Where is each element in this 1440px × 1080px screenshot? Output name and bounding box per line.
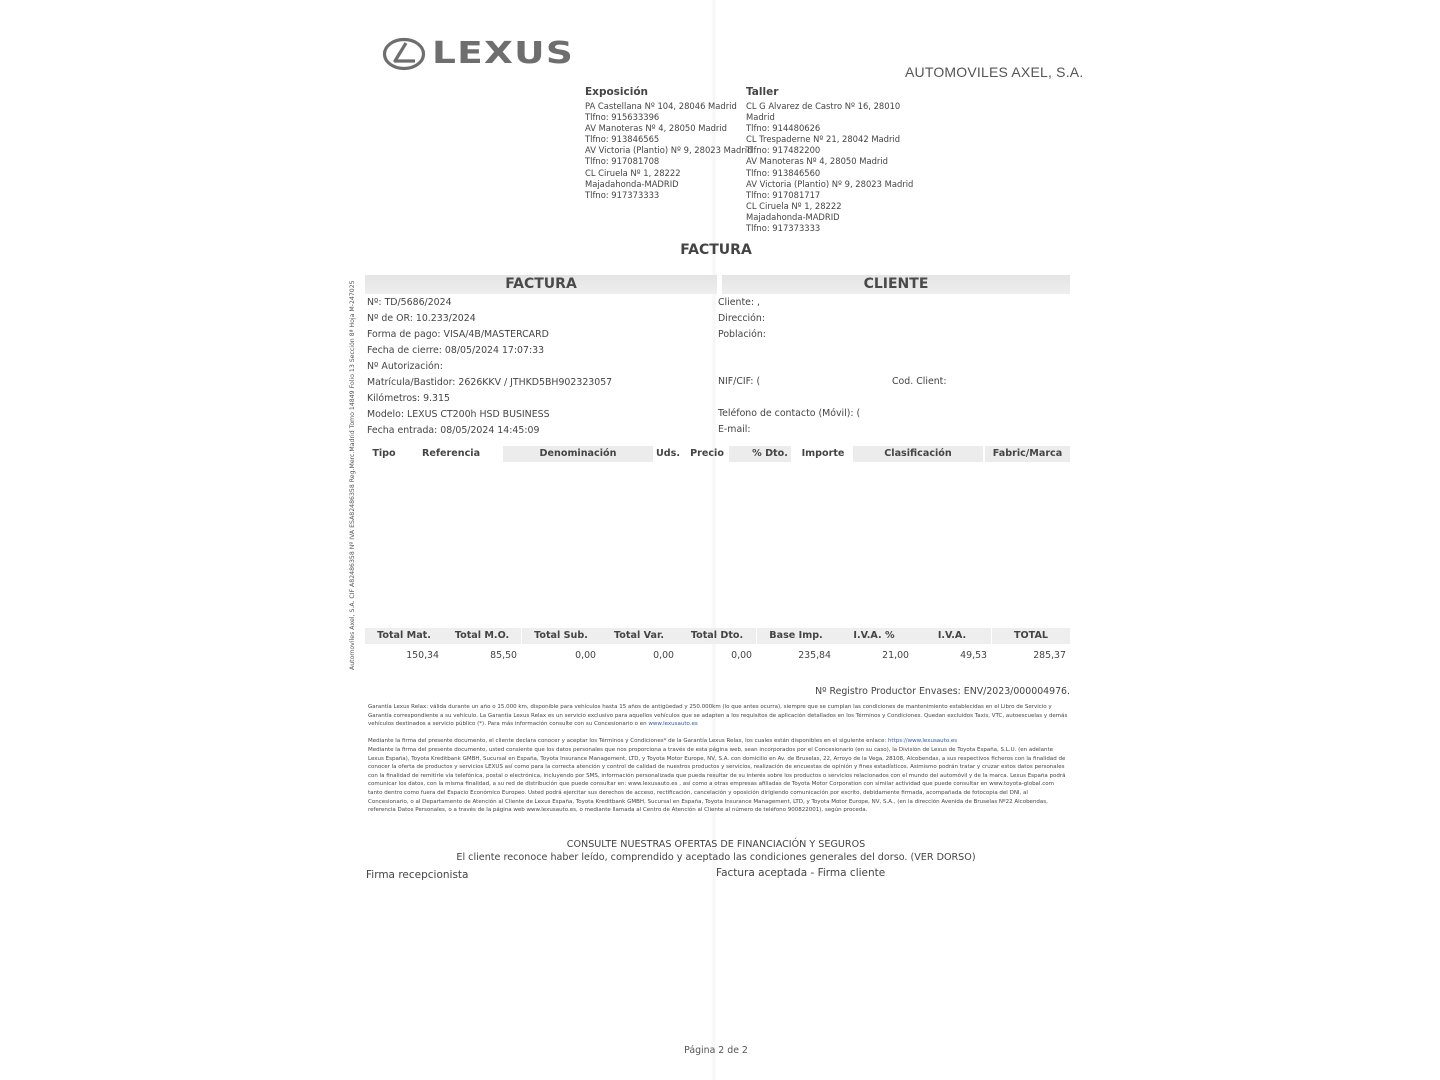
exposicion-title: Exposición <box>585 86 752 99</box>
total-value: 0,00 <box>522 650 600 661</box>
address-line: CL Trespaderne Nº 21, 28042 Madrid <box>746 134 913 145</box>
col-importe: Importe <box>795 446 851 462</box>
invoice-number: Nº: TD/5686/2024 <box>367 297 452 308</box>
address-line: Tlfno: 915633396 <box>585 112 752 123</box>
terms-link[interactable]: https://www.lexusauto.es <box>888 738 957 744</box>
address-line: Majadahonda-MADRID <box>585 179 752 190</box>
client-city: Población: <box>718 329 766 340</box>
privacy-notice: Mediante la firma del presente documento… <box>368 746 1070 815</box>
total-value: 0,00 <box>600 650 678 661</box>
address-line: CL Ciruela Nº 1, 28222 <box>585 168 752 179</box>
col-clasificacion: Clasificación <box>853 446 983 462</box>
total-label: I.V.A. <box>913 628 991 644</box>
col-precio-shade <box>729 446 749 462</box>
address-line: Tlfno: 913846565 <box>585 134 752 145</box>
address-line: AV Manoteras Nº 4, 28050 Madrid <box>746 156 913 167</box>
iva-amount: I.V.A. 49,53 <box>913 628 991 661</box>
client-name: Cliente: , <box>718 297 760 308</box>
payment-method: Forma de pago: VISA/4B/MASTERCARD <box>367 329 549 340</box>
address-line: Tlfno: 917373333 <box>746 223 913 234</box>
total-value: 49,53 <box>913 650 991 661</box>
address-line: Tlfno: 917081717 <box>746 190 913 201</box>
client-code: Cod. Client: <box>892 376 947 387</box>
total-label: Total Dto. <box>678 628 756 644</box>
lexus-logo: LEXUS <box>382 36 546 71</box>
exposicion-addresses: Exposición PA Castellana Nº 104, 28046 M… <box>585 86 752 201</box>
client-signature-label: Factura aceptada - Firma cliente <box>716 867 885 879</box>
address-line: Tlfno: 917373333 <box>585 190 752 201</box>
col-precio: Precio <box>685 446 729 462</box>
client-nif: NIF/CIF: ( <box>718 376 760 387</box>
acceptance-statement: El cliente reconoce haber leído, compren… <box>0 852 1432 863</box>
entry-date: Fecha entrada: 08/05/2024 14:45:09 <box>367 425 539 436</box>
total-value: 235,84 <box>757 650 835 661</box>
address-line: AV Victoria (Plantio) Nº 9, 28023 Madrid <box>746 179 913 190</box>
col-denominacion: Denominación <box>503 446 653 462</box>
lexusauto-link[interactable]: www.lexusauto.es <box>648 721 697 727</box>
taller-addresses: Taller CL G Alvarez de Castro Nº 16, 280… <box>746 86 913 234</box>
address-line: PA Castellana Nº 104, 28046 Madrid <box>585 101 752 112</box>
terms-notice: Mediante la firma del presente documento… <box>368 737 1070 746</box>
factura-section-header: FACTURA <box>365 275 717 294</box>
col-dto: % Dto. <box>749 446 791 462</box>
cliente-section-header: CLIENTE <box>722 275 1070 294</box>
total-sub: Total Sub. 0,00 <box>522 628 600 661</box>
lexus-emblem-icon <box>382 37 426 71</box>
col-fabric-marca: Fabric/Marca <box>985 446 1070 462</box>
iva-percent: I.V.A. % 21,00 <box>835 628 913 661</box>
packaging-registry: Nº Registro Productor Envases: ENV/2023/… <box>815 686 1070 697</box>
address-line: Majadahonda-MADRID <box>746 212 913 223</box>
col-uds: Uds. <box>653 446 683 462</box>
total-value: 0,00 <box>678 650 756 661</box>
total-value: 85,50 <box>443 650 521 661</box>
total-dto: Total Dto. 0,00 <box>678 628 756 661</box>
closing-date: Fecha de cierre: 08/05/2024 17:07:33 <box>367 345 544 356</box>
vehicle-model: Modelo: LEXUS CT200h HSD BUSINESS <box>367 409 550 420</box>
total-label: Total M.O. <box>443 628 521 644</box>
address-line: Madrid <box>746 112 913 123</box>
address-line: AV Victoria (Plantio) Nº 9, 28023 Madrid <box>585 145 752 156</box>
grand-total: TOTAL 285,37 <box>992 628 1070 661</box>
client-phone: Teléfono de contacto (Móvil): ( <box>718 408 860 419</box>
address-line: Tlfno: 917482200 <box>746 145 913 156</box>
address-line: AV Manoteras Nº 4, 28050 Madrid <box>585 123 752 134</box>
address-line: Tlfno: 914480626 <box>746 123 913 134</box>
warranty-notice: Garantía Lexus Relax: válida durante un … <box>368 703 1070 729</box>
or-number: Nº de OR: 10.233/2024 <box>367 313 476 324</box>
taller-title: Taller <box>746 86 913 99</box>
terms-text: Mediante la firma del presente documento… <box>368 738 888 744</box>
total-value: 150,34 <box>365 650 443 661</box>
document-title: FACTURA <box>0 242 1432 258</box>
invoice-page: LEXUS AUTOMOVILES AXEL, S.A. Exposición … <box>0 0 1440 1080</box>
brand-wordmark: LEXUS <box>432 36 574 71</box>
col-tipo: Tipo <box>365 446 403 462</box>
total-value: 21,00 <box>835 650 913 661</box>
address-line: Tlfno: 917081708 <box>585 156 752 167</box>
address-line: Tlfno: 913846560 <box>746 168 913 179</box>
total-value: 285,37 <box>992 650 1070 661</box>
col-referencia: Referencia <box>407 446 495 462</box>
total-mo: Total M.O. 85,50 <box>443 628 521 661</box>
total-label: Total Sub. <box>522 628 600 644</box>
total-var: Total Var. 0,00 <box>600 628 678 661</box>
kilometers: Kilómetros: 9.315 <box>367 393 450 404</box>
plate-vin: Matrícula/Bastidor: 2626KKV / JTHKD5BH90… <box>367 377 612 388</box>
total-label: I.V.A. % <box>835 628 913 644</box>
client-email: E-mail: <box>718 424 751 435</box>
page-number: Página 2 de 2 <box>0 1045 1432 1056</box>
company-registry-text: Automoviles Axel, S.A. CIF A82486358 Nº … <box>349 280 356 670</box>
total-mat: Total Mat. 150,34 <box>365 628 443 661</box>
address-line: CL G Alvarez de Castro Nº 16, 28010 <box>746 101 913 112</box>
dealer-name: AUTOMOVILES AXEL, S.A. <box>905 64 1083 80</box>
warranty-text: Garantía Lexus Relax: válida durante un … <box>368 704 1067 727</box>
line-items-header: Tipo Referencia Denominación Uds. Precio… <box>365 446 1070 462</box>
total-label: Total Mat. <box>365 628 443 644</box>
total-label: Total Var. <box>600 628 678 644</box>
client-address: Dirección: <box>718 313 765 324</box>
base-imponible: Base Imp. 235,84 <box>757 628 835 661</box>
total-label: Base Imp. <box>757 628 835 644</box>
total-label: TOTAL <box>992 628 1070 644</box>
receptionist-signature-label: Firma recepcionista <box>366 869 468 881</box>
financing-offer: CONSULTE NUESTRAS OFERTAS DE FINANCIACIÓ… <box>0 839 1432 850</box>
authorization-number: Nº Autorización: <box>367 361 443 372</box>
address-line: CL Ciruela Nº 1, 28222 <box>746 201 913 212</box>
